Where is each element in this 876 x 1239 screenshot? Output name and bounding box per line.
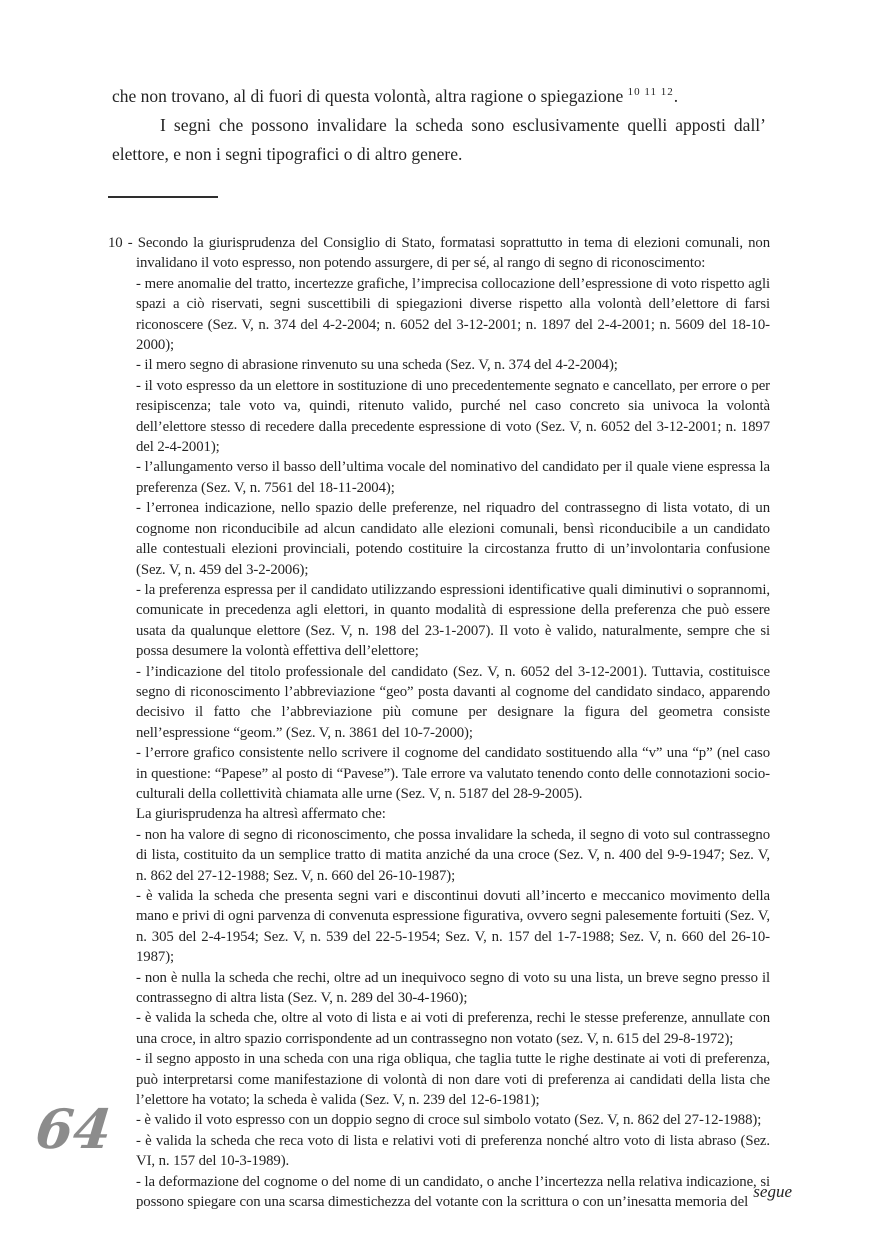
footnote-paragraph: - è valida la scheda che reca voto di li… <box>136 1131 770 1172</box>
footnote-paragraph: - è valida la scheda che presenta segni … <box>136 886 770 968</box>
footnote-paragraph: - non è nulla la scheda che rechi, oltre… <box>136 968 770 1009</box>
footnote-paragraph-text: Secondo la giurisprudenza del Consiglio … <box>136 235 770 271</box>
footnote-paragraph: - mere anomalie del tratto, incertezze g… <box>136 274 770 356</box>
footnote-paragraph: - l’indicazione del titolo professionale… <box>136 662 770 744</box>
footnote-paragraph: - la preferenza espressa per il candidat… <box>136 580 770 662</box>
body-text: che non trovano, al di fuori di questa v… <box>112 82 766 169</box>
footnote-10: 10 - Secondo la giurisprudenza del Consi… <box>108 233 770 1213</box>
footnote-paragraph: La giurisprudenza ha altresì affermato c… <box>136 804 770 824</box>
footnote-reference-markers: 10 11 12 <box>628 86 674 98</box>
footnote-paragraph: - il segno apposto in una scheda con una… <box>136 1049 770 1110</box>
body-paragraph-2: I segni che possono invalidare la scheda… <box>112 111 766 169</box>
footnote-paragraph: - il voto espresso da un elettore in sos… <box>136 376 770 458</box>
page-number: 64 <box>33 1102 114 1156</box>
footnote-paragraph: - il mero segno di abrasione rinvenuto s… <box>136 355 770 375</box>
footnote-number: 10 - <box>108 235 133 251</box>
footnote-paragraph: - è valida la scheda che, oltre al voto … <box>136 1008 770 1049</box>
footnote-paragraph: - non ha valore di segno di riconoscimen… <box>136 825 770 886</box>
footnote-paragraph: - la deformazione del cognome o del nome… <box>136 1172 770 1213</box>
body-paragraph-1-period: . <box>674 86 678 106</box>
body-paragraph-1-text: che non trovano, al di fuori di questa v… <box>112 86 623 106</box>
footnote-paragraph: 10 - Secondo la giurisprudenza del Consi… <box>136 233 770 274</box>
document-page: che non trovano, al di fuori di questa v… <box>0 0 876 1239</box>
footnote-separator-rule <box>108 196 218 198</box>
footnote-paragraph: - l’errore grafico consistente nello scr… <box>136 743 770 804</box>
body-paragraph-1: che non trovano, al di fuori di questa v… <box>112 82 766 111</box>
continuation-marker: segue <box>753 1182 792 1202</box>
footnote-paragraph: - l’erronea indicazione, nello spazio de… <box>136 498 770 580</box>
footnote-paragraph: - l’allungamento verso il basso dell’ult… <box>136 457 770 498</box>
footnote-paragraph: - è valido il voto espresso con un doppi… <box>136 1110 770 1130</box>
